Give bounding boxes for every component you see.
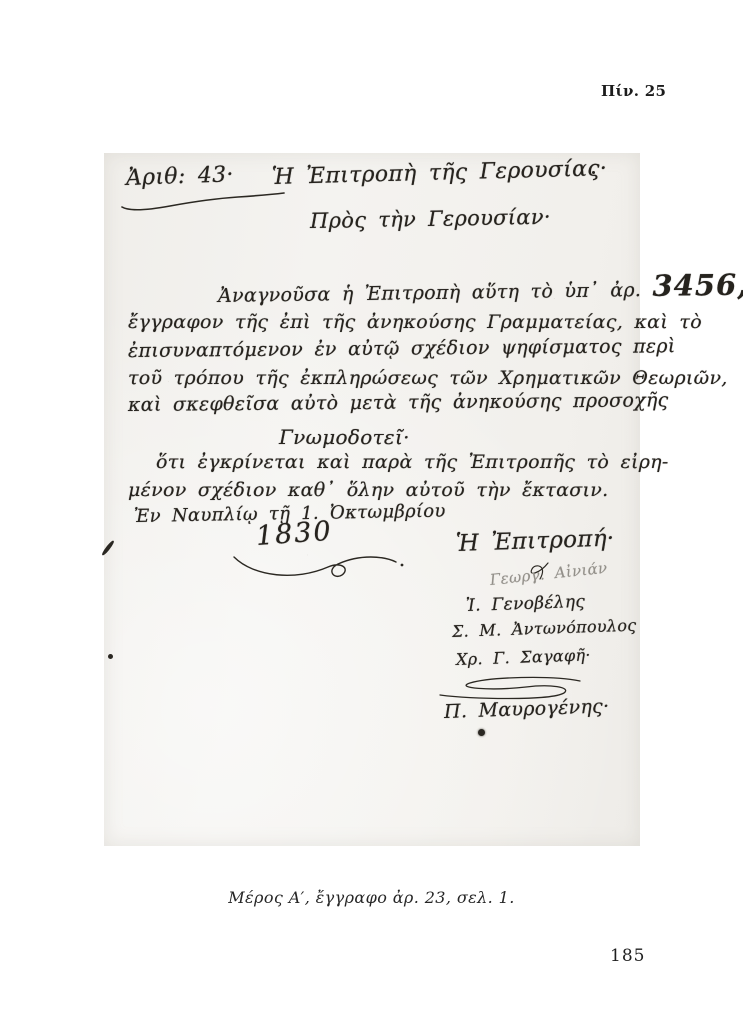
signature-heading: Ἡ Ἐπιτροπή· [456,525,615,557]
body-line-2: ἔγγραφον τῆς ἐπὶ τῆς ἀνηκούσης Γραμματεί… [128,311,702,333]
body-line-5: καὶ σκεφθεῖσα αὐτὸ μετὰ τῆς ἀνηκούσης πρ… [128,389,669,416]
body-line-4: τοῦ τρόπου τῆς ἐκπληρώσεως τῶν Χρηματικῶ… [128,367,728,389]
year-flourish [226,551,406,585]
signature-1: Ἰ. Γενοβέλης [466,592,586,616]
ink-speck-top [592,171,595,174]
year: 1830 [255,516,334,552]
body-line-3: ἐπισυναπτόμενον ἐν αὐτῷ σχέδιον ψηφίσματ… [128,335,676,362]
ink-dot-signature [478,729,485,736]
page-number: 185 [610,946,645,966]
signature-2: Σ. Μ. Ἀντωνόπουλος [452,616,637,641]
body-line-1: Ἀναγνοῦσα ἡ Ἐπιτροπὴ αὕτη τὸ ὑπ᾽ ἀρ. 345… [218,268,743,309]
header-line-1: Ἡ Ἐπιτροπὴ τῆς Γερουσίας· [272,156,608,190]
manuscript-scan: Ἀριθ: 43· Ἡ Ἐπιτροπὴ τῆς Γερουσίας· Πρὸς… [104,153,640,846]
ref-number: Ἀριθ: 43· [126,162,235,191]
protocol-number: 3456, [652,268,743,303]
signature-3: Χρ. Γ. Σαγαφῆ· [456,645,591,669]
signature-4: Π. Μαυρογένης· [444,695,610,723]
plate-label: Πίν. 25 [601,82,666,100]
body-line-6: ὅτι ἐγκρίνεται καὶ παρὰ τῆς Ἐπιτροπῆς τὸ… [156,451,669,473]
ink-dot-left [108,654,113,659]
ref-underline-flourish [118,189,288,215]
header-line-2: Πρὸς τὴν Γερουσίαν· [310,205,551,233]
ink-stroke-mark [101,540,115,557]
body-line-1-text: Ἀναγνοῦσα ἡ Ἐπιτροπὴ αὕτη τὸ ὑπ᾽ ἀρ. [218,279,641,307]
body-line-7: μένον σχέδιον καθ᾽ ὅλην αὐτοῦ τὴν ἔκτασι… [128,479,608,501]
figure-caption: Μέρος Α′, ἔγγραφο ἀρ. 23, σελ. 1. [0,888,743,907]
decision-word: Γνωμοδοτεῖ· [279,425,410,449]
